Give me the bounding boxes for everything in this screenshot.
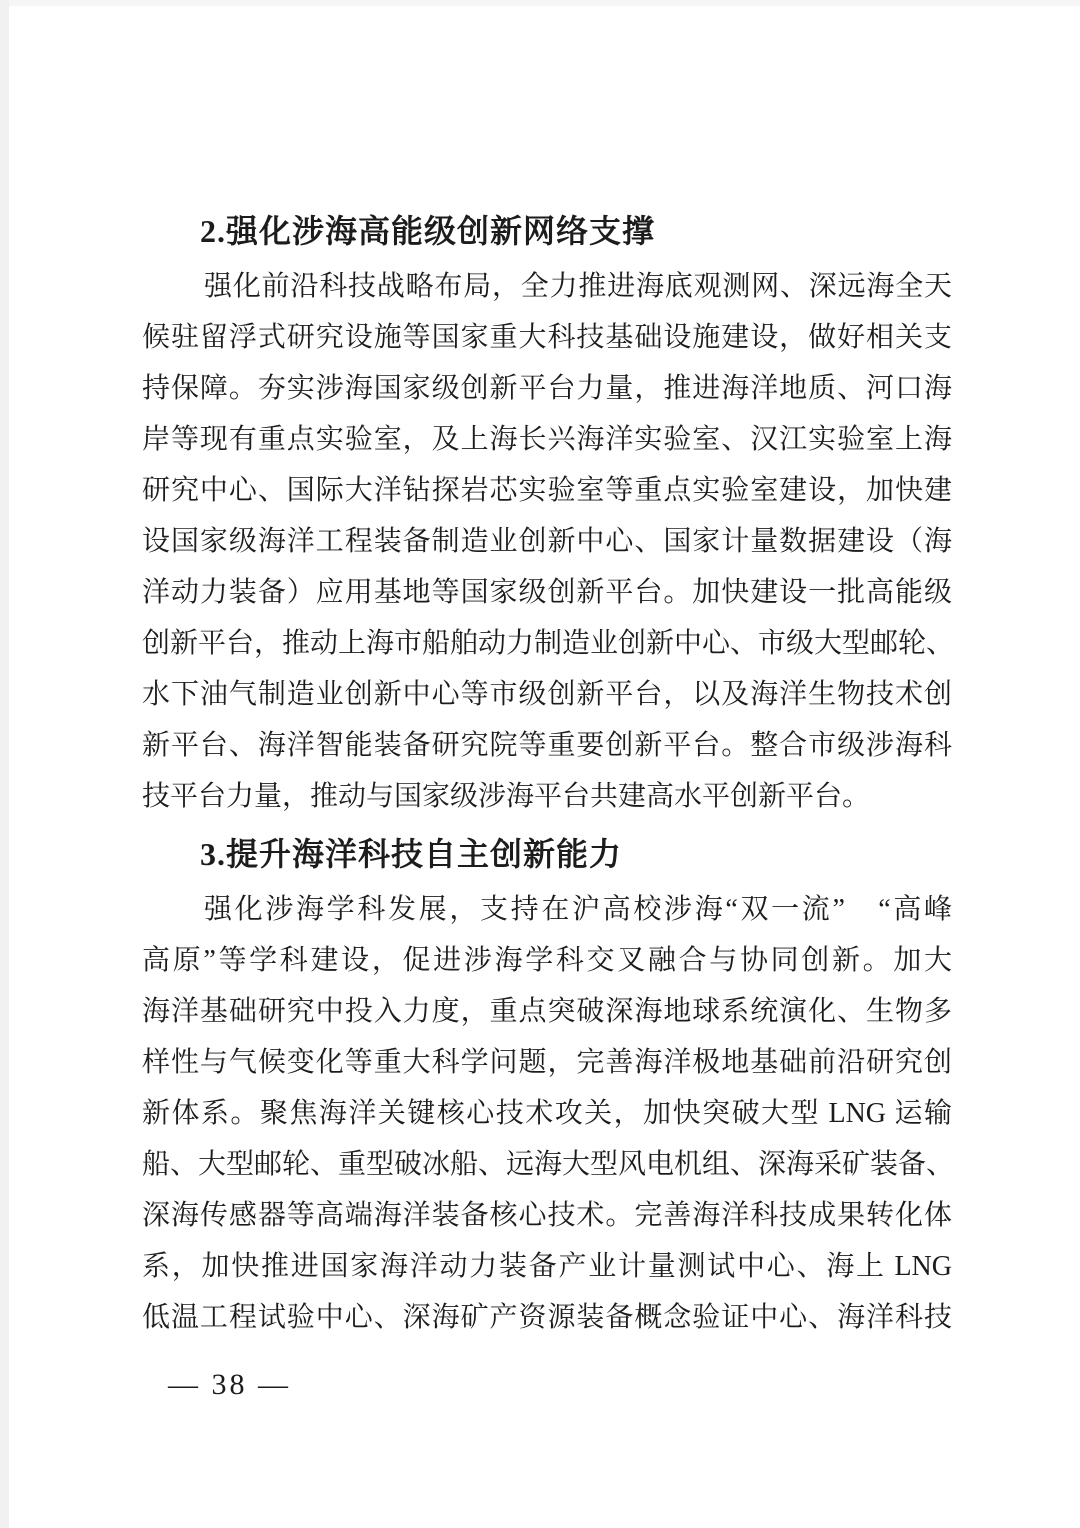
paragraph-line: 高原”等学科建设，促进涉海学科交叉融合与协同创新。加大 [142,935,952,986]
paragraph-line: 新平台、海洋智能装备研究院等重要创新平台。整合市级涉海科 [142,720,952,771]
paragraph-line: 水下油气制造业创新中心等市级创新平台，以及海洋生物技术创 [142,669,952,720]
scan-edge-top [0,0,1080,6]
document-content: 2.强化涉海高能级创新网络支撑 强化前沿科技战略布局，全力推进海底观测网、深远海… [142,199,952,1343]
paragraph-line: 系，加快推进国家海洋动力装备产业计量测试中心、海上 LNG [142,1241,952,1292]
paragraph-line: 设国家级海洋工程装备制造业创新中心、国家计量数据建设（海 [142,516,952,567]
paragraph-line: 候驻留浮式研究设施等国家重大科技基础设施建设，做好相关支 [142,312,952,363]
paragraph-line: 低温工程试验中心、深海矿产资源装备概念验证中心、海洋科技 [142,1292,952,1343]
paragraph-line: 创新平台，推动上海市船舶动力制造业创新中心、市级大型邮轮、 [142,618,952,669]
paragraph-line: 强化前沿科技战略布局，全力推进海底观测网、深远海全天 [142,261,952,312]
document-page: 2.强化涉海高能级创新网络支撑 强化前沿科技战略布局，全力推进海底观测网、深远海… [0,0,1080,1528]
paragraph-line: 海洋基础研究中投入力度，重点突破深海地球系统演化、生物多 [142,986,952,1037]
paragraph-line: 船、大型邮轮、重型破冰船、远海大型风电机组、深海采矿装备、 [142,1139,952,1190]
section-2-heading: 2.强化涉海高能级创新网络支撑 [142,206,952,257]
paragraph-line: 深海传感器等高端海洋装备核心技术。完善海洋科技成果转化体 [142,1190,952,1241]
paragraph-line: 技平台力量，推动与国家级涉海平台共建高水平创新平台。 [142,771,952,822]
scan-edge-left [0,0,9,1528]
paragraph-line: 研究中心、国际大洋钻探岩芯实验室等重点实验室建设，加快建 [142,465,952,516]
paragraph-line: 洋动力装备）应用基地等国家级创新平台。加快建设一批高能级 [142,567,952,618]
paragraph-line: 持保障。夯实涉海国家级创新平台力量，推进海洋地质、河口海 [142,363,952,414]
paragraph-line: 岸等现有重点实验室，及上海长兴海洋实验室、汉江实验室上海 [142,414,952,465]
paragraph-line: 强化涉海学科发展，支持在沪高校涉海“双一流” “高峰 [142,884,952,935]
paragraph-line: 新体系。聚焦海洋关键核心技术攻关，加快突破大型 LNG 运输 [142,1088,952,1139]
paragraph-line: 样性与气候变化等重大科学问题，完善海洋极地基础前沿研究创 [142,1037,952,1088]
section-3-heading: 3.提升海洋科技自主创新能力 [142,829,952,880]
page-number: — 38 — [168,1368,291,1402]
